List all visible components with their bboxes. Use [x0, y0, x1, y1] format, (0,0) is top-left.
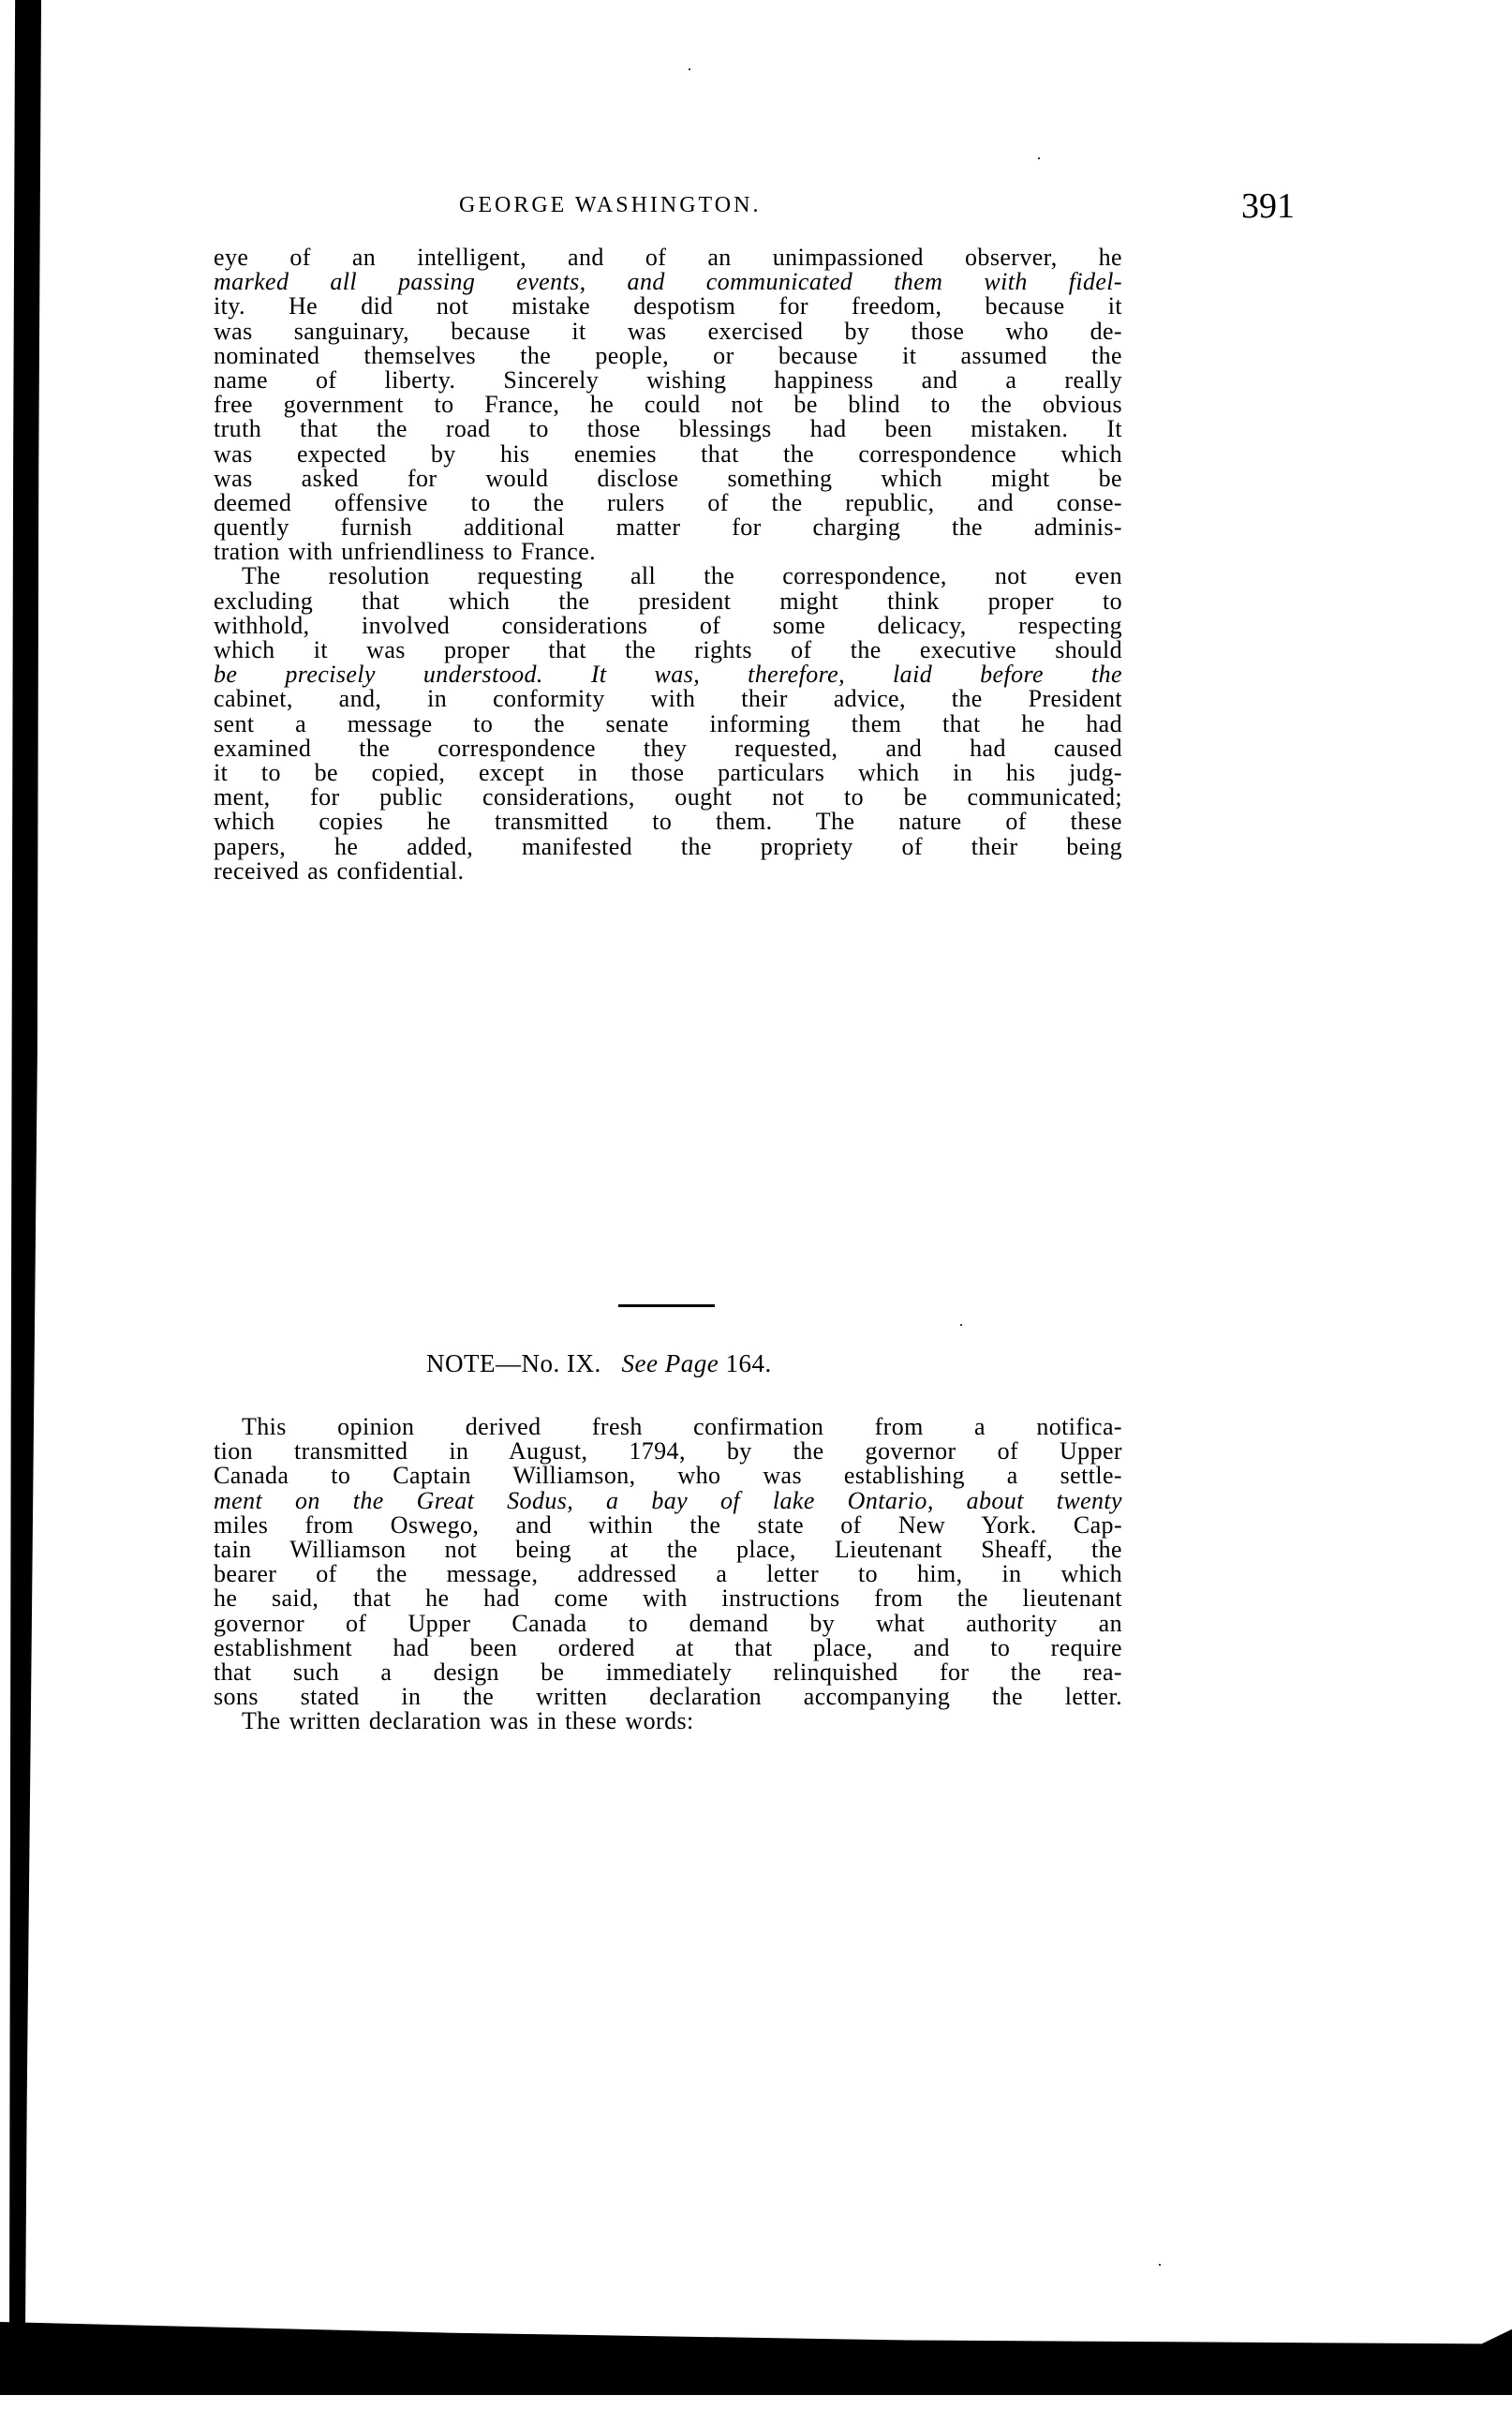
text-line: truth that the road to those blessings h… [214, 417, 1122, 441]
text-line: was expected by his enemies that the cor… [214, 442, 1122, 467]
paragraph-start-line: The written declaration was in these wor… [214, 1709, 1122, 1733]
text-block-2: This opinion derived fresh confirmation … [214, 1415, 1122, 1733]
text-line: which copies he transmitted to them. The… [214, 810, 1122, 834]
paragraph-start-line: The resolution requesting all the corres… [214, 564, 1122, 588]
text-line: establishment had been ordered at that p… [214, 1636, 1122, 1660]
text-line: was sanguinary, because it was exercised… [214, 320, 1122, 344]
text-line: tain Williamson not being at the place, … [214, 1538, 1122, 1562]
running-head: GEORGE WASHINGTON. 391 [214, 187, 1122, 225]
scan-speck [1038, 157, 1040, 159]
text-line: bearer of the message, addressed a lette… [214, 1562, 1122, 1586]
text-line: he said, that he had come with instructi… [214, 1586, 1122, 1611]
text-line: was asked for would disclose something w… [214, 467, 1122, 491]
text-line: name of liberty. Sincerely wishing happi… [214, 368, 1122, 393]
text-line: withhold, involved considerations of som… [214, 614, 1122, 638]
text-line: papers, he added, manifested the proprie… [214, 835, 1122, 859]
scan-speck [1159, 2264, 1161, 2266]
text-line: free government to France, he could not … [214, 393, 1122, 417]
text-line: Canada to Captain Williamson, who was es… [214, 1464, 1122, 1488]
note-see-page-label: See Page [621, 1349, 719, 1377]
text-line: tion transmitted in August, 1794, by the… [214, 1439, 1122, 1464]
text-line: miles from Oswego, and within the state … [214, 1513, 1122, 1538]
text-line: received as confidential. [214, 859, 1122, 884]
text-line: marked all passing events, and communica… [214, 270, 1122, 294]
text-line: quently furnish additional matter for ch… [214, 515, 1122, 540]
note-heading-label: NOTE—No. IX. [426, 1349, 601, 1377]
paragraph-start-line: This opinion derived fresh confirmation … [214, 1415, 1122, 1439]
text-line: governor of Upper Canada to demand by wh… [214, 1612, 1122, 1636]
running-title: GEORGE WASHINGTON. [459, 193, 761, 218]
text-line: excluding that which the president might… [214, 589, 1122, 614]
text-line: be precisely understood. It was, therefo… [214, 662, 1122, 687]
scan-speck [689, 68, 690, 70]
text-line: eye of an intelligent, and of an unimpas… [214, 245, 1122, 270]
text-line: examined the correspondence they request… [214, 736, 1122, 761]
section-separator-rule [618, 1304, 715, 1307]
book-page: GEORGE WASHINGTON. 391 eye of an intelli… [0, 0, 1512, 2410]
text-line: deemed offensive to the rulers of the re… [214, 491, 1122, 515]
text-line: cabinet, and, in conformity with their a… [214, 687, 1122, 711]
text-line: sons stated in the written declaration a… [214, 1685, 1122, 1709]
text-line: that such a design be immediately relinq… [214, 1660, 1122, 1685]
note-heading: NOTE—No. IX. See Page 164. [426, 1349, 913, 1378]
text-line: it to be copied, except in those particu… [214, 761, 1122, 785]
text-line: sent a message to the senate informing t… [214, 712, 1122, 736]
text-line: tration with unfriendliness to France. [214, 540, 1122, 564]
text-block-1: eye of an intelligent, and of an unimpas… [214, 245, 1122, 884]
text-line: nominated themselves the people, or beca… [214, 344, 1122, 368]
text-line: ment, for public considerations, ought n… [214, 785, 1122, 810]
page-number: 391 [1241, 186, 1295, 227]
text-line: ity. He did not mistake despotism for fr… [214, 294, 1122, 319]
note-page-reference: 164. [725, 1349, 771, 1377]
text-line: ment on the Great Sodus, a bay of lake O… [214, 1489, 1122, 1513]
scan-speck [960, 1324, 962, 1326]
text-line: which it was proper that the rights of t… [214, 638, 1122, 662]
